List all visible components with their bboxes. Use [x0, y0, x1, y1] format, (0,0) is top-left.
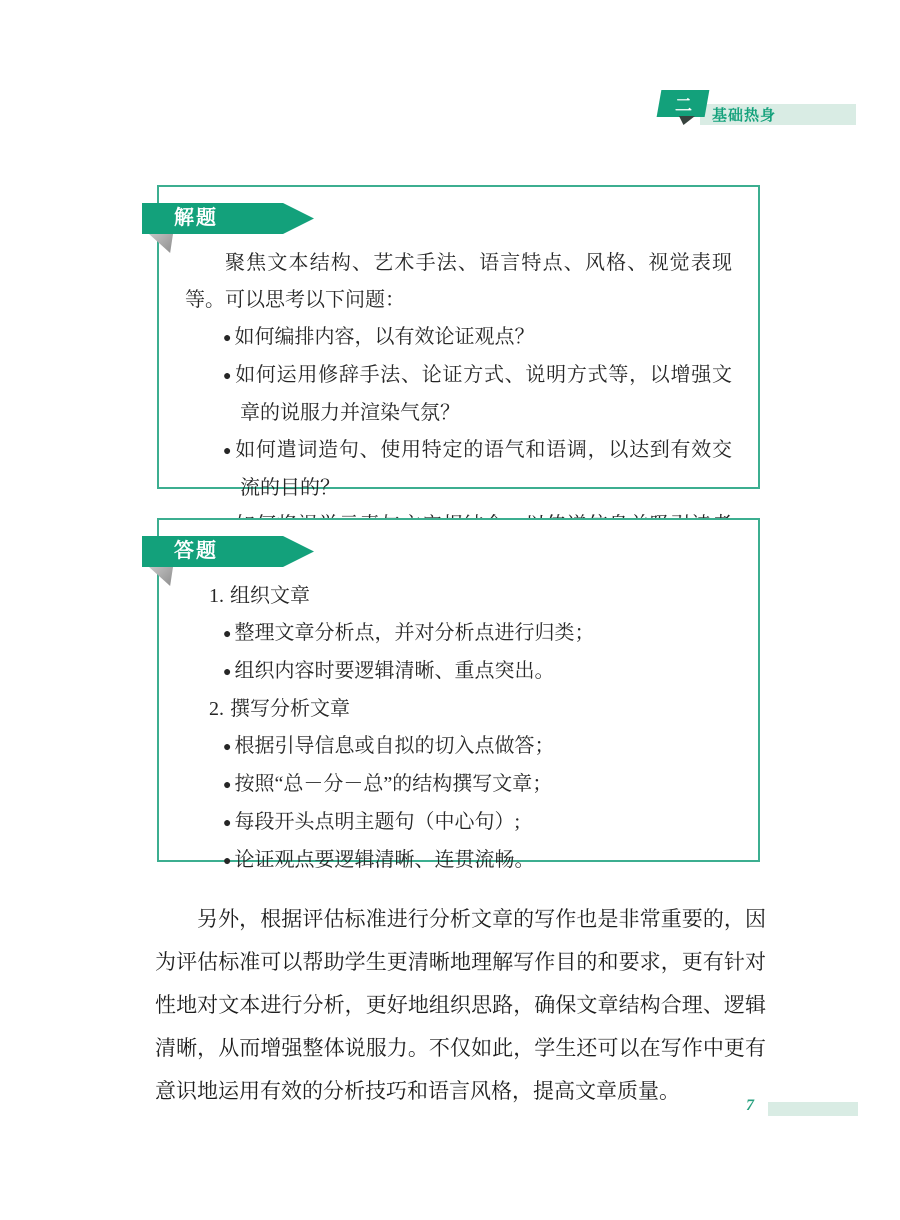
list-item-text: 按照“总－分－总”的结构撰写文章； [234, 773, 552, 795]
panel-jieti: 解题 聚焦文本结构、艺术手法、语言特点、风格、视觉表现等。可以思考以下问题： ●… [157, 185, 760, 489]
intro-paragraph: 聚焦文本结构、艺术手法、语言特点、风格、视觉表现等。可以思考以下问题： [185, 245, 732, 319]
page-number: 7 [746, 1097, 754, 1115]
unit-header-bar: 基础热身 [700, 104, 856, 125]
list-item-text: 论证观点要逻辑清晰、连贯流畅。 [234, 849, 534, 871]
badge-tail-icon [679, 116, 695, 125]
bullet-icon: ● [223, 740, 234, 755]
panel-dati: 答题 1.组织文章 ●整理文章分析点，并对分析点进行归类； ●组织内容时要逻辑清… [157, 518, 760, 862]
bullet-icon: ● [223, 854, 234, 869]
list-item-text: 如何运用修辞手法、论证方式、说明方式等，以增强文章的说服力并渲染气氛？ [235, 364, 732, 424]
bullet-icon: ● [223, 778, 234, 793]
list-item-text: 如何遣词造句、使用特定的语气和语调，以达到有效交流的目的？ [235, 439, 732, 499]
bullet-icon: ● [223, 331, 234, 346]
list-item: ●如何编排内容，以有效论证观点？ [185, 319, 732, 357]
list-item-text: 如何编排内容，以有效论证观点？ [234, 326, 534, 348]
list-item: ●如何遣词造句、使用特定的语气和语调，以达到有效交流的目的？ [185, 432, 732, 507]
item-title: 撰写分析文章 [230, 698, 350, 720]
numbered-item: 1.组织文章 [185, 578, 732, 615]
list-item: ●根据引导信息或自拟的切入点做答； [185, 728, 732, 766]
list-item: ●如何运用修辞手法、论证方式、说明方式等，以增强文章的说服力并渲染气氛？ [185, 357, 732, 432]
list-item-text: 整理文章分析点，并对分析点进行归类； [234, 622, 594, 644]
list-item: ●整理文章分析点，并对分析点进行归类； [185, 615, 732, 653]
bullet-icon: ● [223, 665, 234, 680]
list-item: ●组织内容时要逻辑清晰、重点突出。 [185, 653, 732, 691]
list-item-text: 根据引导信息或自拟的切入点做答； [234, 735, 554, 757]
closing-paragraph-block: 另外，根据评估标准进行分析文章的写作也是非常重要的，因为评估标准可以帮助学生更清… [155, 898, 766, 1113]
unit-number-badge: 二 [657, 90, 710, 117]
tab-dati: 答题 [142, 536, 314, 567]
bullet-icon: ● [223, 444, 235, 459]
bullet-icon: ● [223, 816, 234, 831]
footer-bar [768, 1102, 858, 1116]
item-number: 1. [209, 585, 224, 607]
tab-jieti-label: 解题 [174, 207, 218, 229]
list-item-text: 每段开头点明主题句（中心句）; [234, 811, 520, 833]
panel-dati-body: 1.组织文章 ●整理文章分析点，并对分析点进行归类； ●组织内容时要逻辑清晰、重… [159, 520, 758, 880]
unit-title: 基础热身 [712, 104, 776, 125]
numbered-item: 2.撰写分析文章 [185, 691, 732, 728]
list-item: ●按照“总－分－总”的结构撰写文章； [185, 766, 732, 804]
unit-number: 二 [675, 91, 692, 116]
bullet-icon: ● [223, 627, 234, 642]
list-item: ●论证观点要逻辑清晰、连贯流畅。 [185, 842, 732, 880]
bullet-icon: ● [223, 369, 235, 384]
item-number: 2. [209, 698, 224, 720]
list-item: ●每段开头点明主题句（中心句）; [185, 804, 732, 842]
closing-paragraph: 另外，根据评估标准进行分析文章的写作也是非常重要的，因为评估标准可以帮助学生更清… [155, 898, 766, 1113]
book-page: 基础热身 二 解题 聚焦文本结构、艺术手法、语言特点、风格、视觉表现等。可以思考… [0, 0, 900, 1220]
tab-jieti: 解题 [142, 203, 314, 234]
item-title: 组织文章 [230, 585, 310, 607]
list-item-text: 组织内容时要逻辑清晰、重点突出。 [234, 660, 554, 682]
tab-dati-label: 答题 [174, 540, 218, 562]
